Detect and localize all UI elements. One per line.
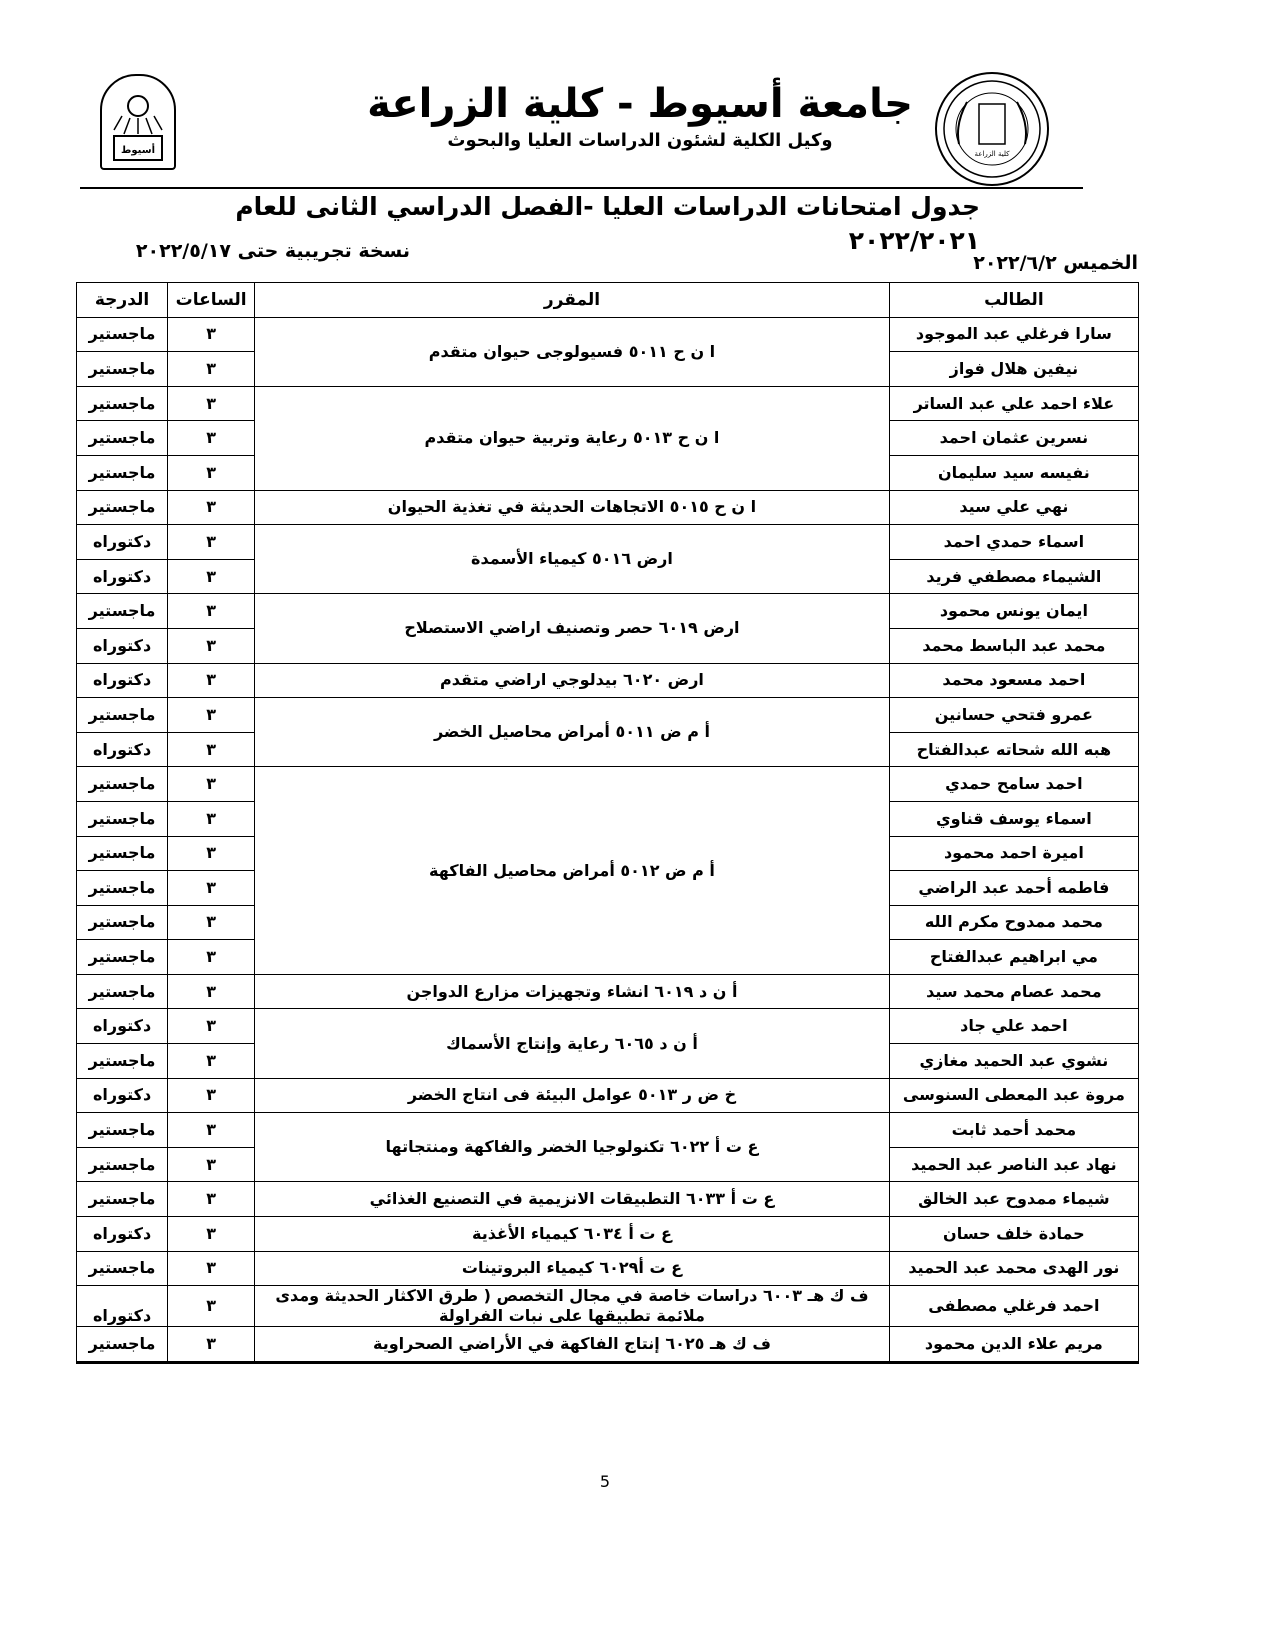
hours: ٣	[168, 698, 255, 733]
hours: ٣	[168, 421, 255, 456]
student-name: نفيسه سيد سليمان	[889, 455, 1138, 490]
hours: ٣	[168, 317, 255, 352]
student-name: نسرين عثمان احمد	[889, 421, 1138, 456]
hours: ٣	[168, 767, 255, 802]
page-title: جامعة أسيوط - كلية الزراعة	[250, 82, 1030, 126]
course-name: ع ت أ٦٠٢٩ كيمياء البروتينات	[255, 1251, 890, 1286]
university-emblem-icon: أسيوط	[102, 76, 174, 168]
university-logo: أسيوط	[100, 74, 176, 170]
degree: ماجستير	[77, 698, 168, 733]
header-divider	[80, 187, 1083, 189]
course-name: ع ت أ ٦٠٣٤ كيمياء الأغذية	[255, 1217, 890, 1252]
exam-date: الخميس ٢٠٢٢/٦/٢	[900, 252, 1138, 274]
table-row: احمد سامح حمدي أ م ض ٥٠١٢ أمراض محاصيل ا…	[77, 767, 1139, 802]
faculty-seal-icon: كلية الزراعة	[937, 74, 1047, 184]
table-row: ايمان يونس محمود ارض ٦٠١٩ حصر وتصنيف ارا…	[77, 594, 1139, 629]
hours: ٣	[168, 628, 255, 663]
degree: ماجستير	[77, 490, 168, 525]
exam-schedule-table: الطالب المقرر الساعات الدرجة سارا فرغلي …	[76, 282, 1139, 1364]
degree: دكتوراه	[77, 1078, 168, 1113]
student-name: شيماء ممدوح عبد الخالق	[889, 1182, 1138, 1217]
student-name: احمد سامح حمدي	[889, 767, 1138, 802]
student-name: اميرة احمد محمود	[889, 836, 1138, 871]
degree: ماجستير	[77, 594, 168, 629]
hours: ٣	[168, 559, 255, 594]
degree: ماجستير	[77, 801, 168, 836]
course-name: ارض ٥٠١٦ كيمياء الأسمدة	[255, 525, 890, 594]
course-name: ا ن ح ٥٠١١ فسيولوجى حيوان متقدم	[255, 317, 890, 386]
table-row: محمد عصام محمد سيد أ ن د ٦٠١٩ انشاء وتجه…	[77, 974, 1139, 1009]
course-name: أ م ض ٥٠١١ أمراض محاصيل الخضر	[255, 698, 890, 767]
degree: ماجستير	[77, 1251, 168, 1286]
student-name: مروة عبد المعطى السنوسى	[889, 1078, 1138, 1113]
student-name: احمد فرغلي مصطفى	[889, 1286, 1138, 1327]
table-row: احمد علي جاد أ ن د ٦٠٦٥ رعاية وإنتاج الأ…	[77, 1009, 1139, 1044]
hours: ٣	[168, 455, 255, 490]
table-row: اسماء حمدي احمد ارض ٥٠١٦ كيمياء الأسمدة …	[77, 525, 1139, 560]
degree: ماجستير	[77, 1113, 168, 1148]
table-row: عمرو فتحي حسانين أ م ض ٥٠١١ أمراض محاصيل…	[77, 698, 1139, 733]
degree: ماجستير	[77, 940, 168, 975]
course-name: ارض ٦٠١٩ حصر وتصنيف اراضي الاستصلاح	[255, 594, 890, 663]
degree: ماجستير	[77, 1182, 168, 1217]
hours: ٣	[168, 905, 255, 940]
table-row: احمد فرغلي مصطفى ف ك هـ ٦٠٠٣ دراسات خاصة…	[77, 1286, 1139, 1327]
student-name: نهاد عبد الناصر عبد الحميد	[889, 1147, 1138, 1182]
student-name: نيفين هلال فواز	[889, 352, 1138, 387]
course-name: ا ن ح ٥٠١٥ الاتجاهات الحديثة في تغذية ال…	[255, 490, 890, 525]
degree: ماجستير	[77, 421, 168, 456]
header-student: الطالب	[889, 283, 1138, 318]
svg-text:أسيوط: أسيوط	[121, 143, 155, 156]
degree: دكتوراه	[77, 525, 168, 560]
student-name: محمد عصام محمد سيد	[889, 974, 1138, 1009]
hours: ٣	[168, 1147, 255, 1182]
student-name: نور الهدى محمد عبد الحميد	[889, 1251, 1138, 1286]
course-name: ا ن ح ٥٠١٣ رعاية وتربية حيوان متقدم	[255, 386, 890, 490]
student-name: محمد عبد الباسط محمد	[889, 628, 1138, 663]
degree: ماجستير	[77, 352, 168, 387]
student-name: نهي علي سيد	[889, 490, 1138, 525]
degree: ماجستير	[77, 455, 168, 490]
degree: دكتوراه	[77, 628, 168, 663]
degree: ماجستير	[77, 317, 168, 352]
hours: ٣	[168, 1113, 255, 1148]
table-row: محمد أحمد ثابت ع ت أ ٦٠٢٢ تكنولوجيا الخض…	[77, 1113, 1139, 1148]
table-row: احمد مسعود محمد ارض ٦٠٢٠ بيدلوجي اراضي م…	[77, 663, 1139, 698]
student-name: احمد مسعود محمد	[889, 663, 1138, 698]
course-name: ف ك هـ ٦٠٠٣ دراسات خاصة في مجال التخصص (…	[255, 1286, 890, 1327]
header-hours: الساعات	[168, 283, 255, 318]
course-name: أ ن د ٦٠١٩ انشاء وتجهيزات مزارع الدواجن	[255, 974, 890, 1009]
course-name: أ ن د ٦٠٦٥ رعاية وإنتاج الأسماك	[255, 1009, 890, 1078]
hours: ٣	[168, 940, 255, 975]
header-degree: الدرجة	[77, 283, 168, 318]
degree: ماجستير	[77, 905, 168, 940]
student-name: مي ابراهيم عبدالفتاح	[889, 940, 1138, 975]
table-row: حمادة خلف حسان ع ت أ ٦٠٣٤ كيمياء الأغذية…	[77, 1217, 1139, 1252]
hours: ٣	[168, 1217, 255, 1252]
student-name: اسماء يوسف قناوي	[889, 801, 1138, 836]
degree: ماجستير	[77, 1147, 168, 1182]
degree: دكتوراه	[77, 559, 168, 594]
hours: ٣	[168, 836, 255, 871]
student-name: محمد ممدوح مكرم الله	[889, 905, 1138, 940]
degree: دكتوراه	[77, 1009, 168, 1044]
course-name: أ م ض ٥٠١٢ أمراض محاصيل الفاكهة	[255, 767, 890, 975]
student-name: محمد أحمد ثابت	[889, 1113, 1138, 1148]
hours: ٣	[168, 352, 255, 387]
degree: ماجستير	[77, 974, 168, 1009]
page-number: 5	[590, 1472, 620, 1491]
table-header-row: الطالب المقرر الساعات الدرجة	[77, 283, 1139, 318]
hours: ٣	[168, 386, 255, 421]
student-name: ايمان يونس محمود	[889, 594, 1138, 629]
course-name: ع ت أ ٦٠٢٢ تكنولوجيا الخضر والفاكهة ومنت…	[255, 1113, 890, 1182]
table-row: مروة عبد المعطى السنوسى خ ض ر ٥٠١٣ عوامل…	[77, 1078, 1139, 1113]
student-name: سارا فرغلي عبد الموجود	[889, 317, 1138, 352]
table-row: شيماء ممدوح عبد الخالق ع ت أ ٦٠٣٣ التطبي…	[77, 1182, 1139, 1217]
header-course: المقرر	[255, 283, 890, 318]
student-name: مريم علاء الدين محمود	[889, 1327, 1138, 1363]
degree: دكتوراه	[77, 1217, 168, 1252]
course-name: خ ض ر ٥٠١٣ عوامل البيئة فى انتاج الخضر	[255, 1078, 890, 1113]
student-name: هبه الله شحاته عبدالفتاح	[889, 732, 1138, 767]
hours: ٣	[168, 871, 255, 906]
student-name: اسماء حمدي احمد	[889, 525, 1138, 560]
hours: ٣	[168, 525, 255, 560]
course-name: ف ك هـ ٦٠٢٥ إنتاج الفاكهة في الأراضي الص…	[255, 1327, 890, 1363]
degree: دكتوراه	[77, 1286, 168, 1327]
draft-note: نسخة تجريبية حتى ٢٠٢٢/٥/١٧	[110, 240, 410, 262]
hours: ٣	[168, 490, 255, 525]
hours: ٣	[168, 801, 255, 836]
course-name: ارض ٦٠٢٠ بيدلوجي اراضي متقدم	[255, 663, 890, 698]
hours: ٣	[168, 1009, 255, 1044]
table-row: سارا فرغلي عبد الموجود ا ن ح ٥٠١١ فسيولو…	[77, 317, 1139, 352]
table-row: نور الهدى محمد عبد الحميد ع ت أ٦٠٢٩ كيمي…	[77, 1251, 1139, 1286]
student-name: احمد علي جاد	[889, 1009, 1138, 1044]
degree: ماجستير	[77, 1327, 168, 1363]
table-row: نهي علي سيد ا ن ح ٥٠١٥ الاتجاهات الحديثة…	[77, 490, 1139, 525]
hours: ٣	[168, 594, 255, 629]
student-name: حمادة خلف حسان	[889, 1217, 1138, 1252]
hours: ٣	[168, 1044, 255, 1079]
degree: ماجستير	[77, 1044, 168, 1079]
hours: ٣	[168, 1078, 255, 1113]
student-name: الشيماء مصطفي فريد	[889, 559, 1138, 594]
student-name: عمرو فتحي حسانين	[889, 698, 1138, 733]
student-name: علاء احمد علي عبد الساتر	[889, 386, 1138, 421]
degree: دكتوراه	[77, 732, 168, 767]
course-name: ع ت أ ٦٠٣٣ التطبيقات الانزيمية في التصني…	[255, 1182, 890, 1217]
hours: ٣	[168, 732, 255, 767]
degree: ماجستير	[77, 871, 168, 906]
table-row: علاء احمد علي عبد الساتر ا ن ح ٥٠١٣ رعاي…	[77, 386, 1139, 421]
hours: ٣	[168, 974, 255, 1009]
student-name: فاطمه أحمد عبد الراضي	[889, 871, 1138, 906]
hours: ٣	[168, 1182, 255, 1217]
hours: ٣	[168, 663, 255, 698]
degree: ماجستير	[77, 836, 168, 871]
page-subtitle: وكيل الكلية لشئون الدراسات العليا والبحو…	[250, 130, 1030, 152]
hours: ٣	[168, 1251, 255, 1286]
degree: ماجستير	[77, 767, 168, 802]
faculty-seal: كلية الزراعة	[935, 72, 1049, 186]
svg-text:كلية الزراعة: كلية الزراعة	[975, 150, 1011, 158]
hours: ٣	[168, 1286, 255, 1327]
hours: ٣	[168, 1327, 255, 1363]
student-name: نشوي عبد الحميد مغازي	[889, 1044, 1138, 1079]
degree: دكتوراه	[77, 663, 168, 698]
table-row: مريم علاء الدين محمود ف ك هـ ٦٠٢٥ إنتاج …	[77, 1327, 1139, 1363]
degree: ماجستير	[77, 386, 168, 421]
